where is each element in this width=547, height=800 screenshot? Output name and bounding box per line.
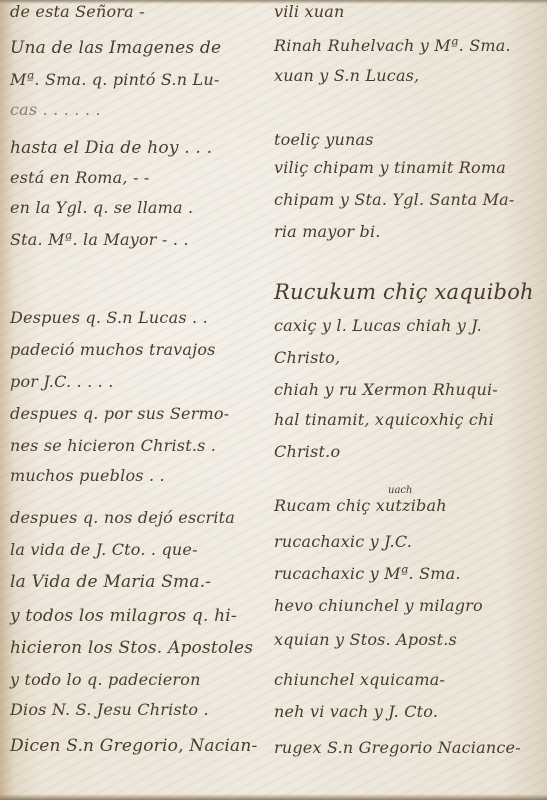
right-line-10: caxiç y l. Lucas chiah y J.: [274, 316, 482, 335]
left-line-5: hasta el Dia de hoy . . .: [10, 138, 212, 158]
right-line-19: xquian y Stos. Apost.s: [274, 630, 457, 649]
left-line-16: la vida de J. Cto. . que-: [10, 540, 198, 559]
left-line-13: nes se hicieron Christ.s .: [10, 436, 216, 455]
right-line-3: xuan y S.n Lucas,: [274, 66, 419, 85]
right-line-18: hevo chiunchel y milagro: [274, 596, 483, 615]
left-line-6: está en Roma, - -: [10, 168, 149, 187]
left-line-4: cas . . . . . .: [10, 100, 101, 119]
right-line-11: Christo,: [274, 348, 340, 367]
left-line-9: Despues q. S.n Lucas . .: [10, 308, 208, 327]
right-line-20: chiunchel xquicama-: [274, 670, 445, 689]
manuscript-page: de esta Señora - Una de las Imagenes de …: [0, 0, 547, 800]
left-line-2: Una de las Imagenes de: [10, 38, 221, 58]
left-line-17: la Vida de Maria Sma.-: [10, 572, 211, 592]
left-line-11: por J.C. . . . .: [10, 372, 114, 391]
left-line-22: Dicen S.n Gregorio, Nacian-: [10, 736, 257, 756]
left-line-19: hicieron los Stos. Apostoles: [10, 638, 253, 658]
left-line-20: y todo lo q. padecieron: [10, 670, 201, 689]
left-line-21: Dios N. S. Jesu Christo .: [10, 700, 209, 719]
interlinear-insertion: uach: [388, 485, 412, 496]
left-line-3: Mª. Sma. q. pintó S.n Lu-: [10, 70, 219, 89]
right-line-5: toeliç yunas: [274, 130, 374, 149]
left-line-12: despues q. por sus Sermo-: [10, 404, 229, 423]
right-line-12: chiah y ru Xermon Rhuqui-: [274, 380, 498, 399]
right-line-17: rucachaxic y Mª. Sma.: [274, 564, 461, 583]
left-line-8: Sta. Mª. la Mayor - . .: [10, 230, 189, 249]
right-line-21: neh vi vach y J. Cto.: [274, 702, 438, 721]
right-line-13: hal tinamit, xquicoxhiç chi: [274, 410, 494, 429]
right-line-7: chipam y Sta. Ygl. Santa Ma-: [274, 190, 515, 209]
right-line-8: ria mayor bi.: [274, 222, 381, 241]
left-line-7: en la Ygl. q. se llama .: [10, 198, 193, 217]
left-line-18: y todos los milagros q. hi-: [10, 606, 237, 626]
right-line-15: Rucam chiç xutzibah: [274, 496, 447, 515]
left-line-10: padeció muchos travajos: [10, 340, 216, 359]
right-line-22: rugex S.n Gregorio Naciance-: [274, 738, 521, 757]
left-line-1: de esta Señora -: [10, 2, 145, 21]
right-line-6: viliç chipam y tinamit Roma: [274, 158, 506, 177]
right-line-1: vili xuan: [274, 2, 344, 21]
left-line-15: despues q. nos dejó escrita: [10, 508, 235, 527]
right-line-16: rucachaxic y J.C.: [274, 532, 412, 551]
left-line-14: muchos pueblos . .: [10, 466, 165, 485]
right-line-9: Rucukum chiç xaquiboh: [274, 280, 534, 304]
right-line-14: Christ.o: [274, 442, 340, 461]
right-line-2: Rinah Ruhelvach y Mª. Sma.: [274, 36, 511, 55]
